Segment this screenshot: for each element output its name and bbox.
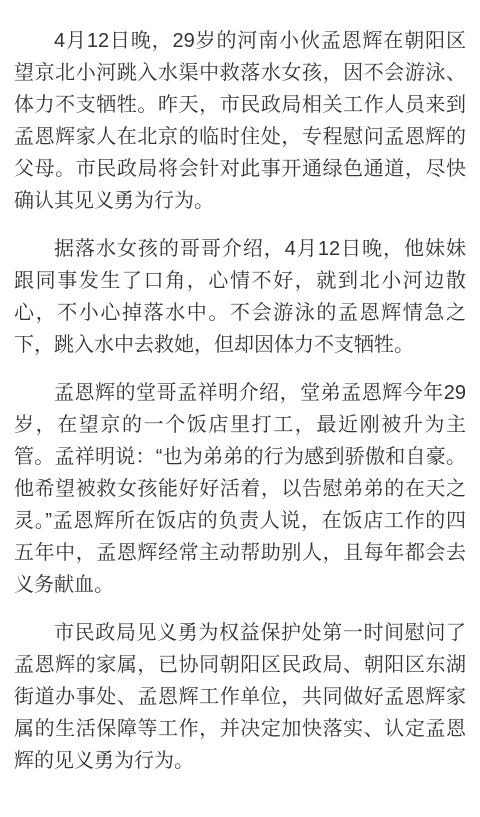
article-paragraph-2: 据落水女孩的哥哥介绍，4月12日晚，他妹妹跟同事发生了口角，心情不好，就到北小河… <box>14 233 466 361</box>
article-paragraph-4: 市民政局见义勇为权益保护处第一时间慰问了孟恩辉的家属，已协同朝阳区民政局、朝阳区… <box>14 617 466 777</box>
article-body: 4月12日晚，29岁的河南小伙孟恩辉在朝阳区望京北小河跳入水渠中救落水女孩，因不… <box>0 0 480 817</box>
article-paragraph-1: 4月12日晚，29岁的河南小伙孟恩辉在朝阳区望京北小河跳入水渠中救落水女孩，因不… <box>14 25 466 217</box>
article-paragraph-3: 孟恩辉的堂哥孟祥明介绍，堂弟孟恩辉今年29岁，在望京的一个饭店里打工，最近刚被升… <box>14 377 466 601</box>
